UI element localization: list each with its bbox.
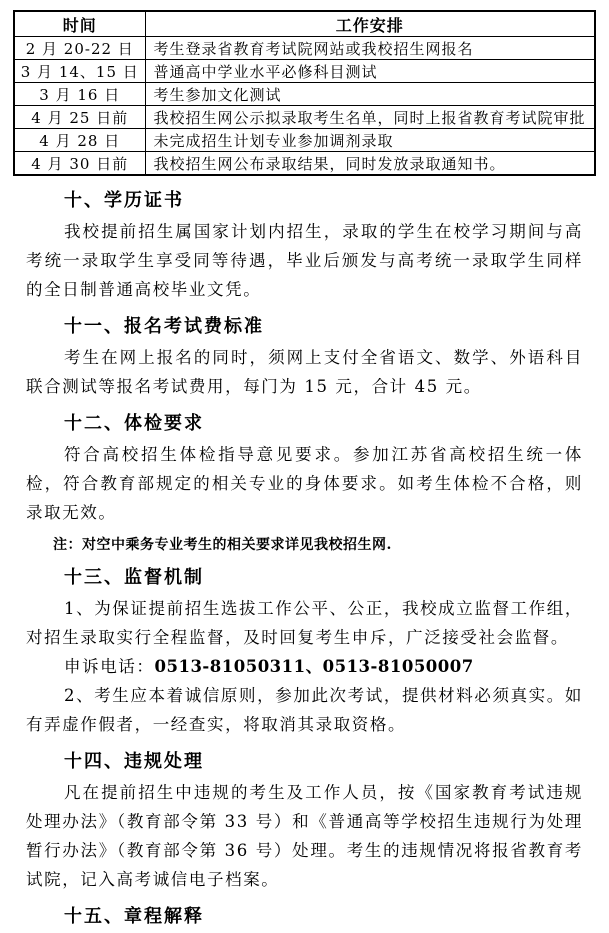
schedule-table: 时间 工作安排 2 月 20-22 日 考生登录省教育考试院网站或我校招生网报名… xyxy=(13,10,596,176)
task-cell: 考生参加文化测试 xyxy=(145,83,595,106)
time-cell: 2 月 20-22 日 xyxy=(14,37,145,60)
time-cell: 3 月 16 日 xyxy=(14,83,145,106)
paragraph: 符合高校招生体检指导意见要求。参加江苏省高校招生统一体检，符合教育部规定的相关专… xyxy=(26,440,583,527)
table-row: 2 月 20-22 日 考生登录省教育考试院网站或我校招生网报名 xyxy=(14,37,595,60)
section-supervision: 十三、监督机制 1、为保证提前招生选拔工作公平、公正，我校成立监督工作组，对招生… xyxy=(26,564,583,739)
section-heading: 十二、体检要求 xyxy=(64,410,583,437)
section-interpretation: 十五、章程解释 xyxy=(26,903,583,930)
document-page: 时间 工作安排 2 月 20-22 日 考生登录省教育考试院网站或我校招生网报名… xyxy=(0,0,609,933)
time-cell: 3 月 14、15 日 xyxy=(14,60,145,83)
header-task: 工作安排 xyxy=(145,11,595,37)
time-cell: 4 月 25 日前 xyxy=(14,106,145,129)
table-row: 4 月 30 日前 我校招生网公布录取结果，同时发放录取通知书。 xyxy=(14,152,595,176)
note-line: 注：对空中乘务专业考生的相关要求详见我校招生网. xyxy=(53,535,583,555)
paragraph: 我校提前招生属国家计划内招生，录取的学生在校学习期间与高考统一录取学生享受同等待… xyxy=(26,217,583,304)
task-cell: 未完成招生计划专业参加调剂录取 xyxy=(145,129,595,152)
paragraph: 考生在网上报名的同时，须网上支付全省语文、数学、外语科目联合测试等报名考试费用，… xyxy=(26,343,583,401)
document-content: 十、学历证书 我校提前招生属国家计划内招生，录取的学生在校学习期间与高考统一录取… xyxy=(0,176,609,930)
section-heading: 十一、报名考试费标准 xyxy=(64,313,583,340)
table-row: 3 月 16 日 考生参加文化测试 xyxy=(14,83,595,106)
section-heading: 十、学历证书 xyxy=(64,187,583,214)
section-heading: 十四、违规处理 xyxy=(64,748,583,775)
phone-numbers: 0513-81050311、0513-81050007 xyxy=(155,657,474,676)
phone-label: 申诉电话： xyxy=(64,657,155,676)
phone-line: 申诉电话：0513-81050311、0513-81050007 xyxy=(26,652,583,681)
section-violation: 十四、违规处理 凡在提前招生中违规的考生及工作人员，按《国家教育考试违规处理办法… xyxy=(26,748,583,894)
paragraph: 凡在提前招生中违规的考生及工作人员，按《国家教育考试违规处理办法》（教育部令第 … xyxy=(26,778,583,894)
section-diploma: 十、学历证书 我校提前招生属国家计划内招生，录取的学生在校学习期间与高考统一录取… xyxy=(26,187,583,304)
paragraph: 2、考生应本着诚信原则，参加此次考试，提供材料必须真实。如有弄虚作假者，一经查实… xyxy=(26,681,583,739)
table-row: 3 月 14、15 日 普通高中学业水平必修科目测试 xyxy=(14,60,595,83)
section-exam-fee: 十一、报名考试费标准 考生在网上报名的同时，须网上支付全省语文、数学、外语科目联… xyxy=(26,313,583,401)
paragraph: 1、为保证提前招生选拔工作公平、公正，我校成立监督工作组，对招生录取实行全程监督… xyxy=(26,594,583,652)
section-physical-exam: 十二、体检要求 符合高校招生体检指导意见要求。参加江苏省高校招生统一体检，符合教… xyxy=(26,410,583,555)
table-header-row: 时间 工作安排 xyxy=(14,11,595,37)
time-cell: 4 月 30 日前 xyxy=(14,152,145,176)
task-cell: 我校招生网公示拟录取考生名单，同时上报省教育考试院审批 xyxy=(145,106,595,129)
time-cell: 4 月 28 日 xyxy=(14,129,145,152)
task-cell: 普通高中学业水平必修科目测试 xyxy=(145,60,595,83)
section-heading: 十三、监督机制 xyxy=(64,564,583,591)
table-row: 4 月 28 日 未完成招生计划专业参加调剂录取 xyxy=(14,129,595,152)
task-cell: 考生登录省教育考试院网站或我校招生网报名 xyxy=(145,37,595,60)
task-cell: 我校招生网公布录取结果，同时发放录取通知书。 xyxy=(145,152,595,176)
header-time: 时间 xyxy=(14,11,145,37)
table-row: 4 月 25 日前 我校招生网公示拟录取考生名单，同时上报省教育考试院审批 xyxy=(14,106,595,129)
section-heading: 十五、章程解释 xyxy=(64,903,583,930)
